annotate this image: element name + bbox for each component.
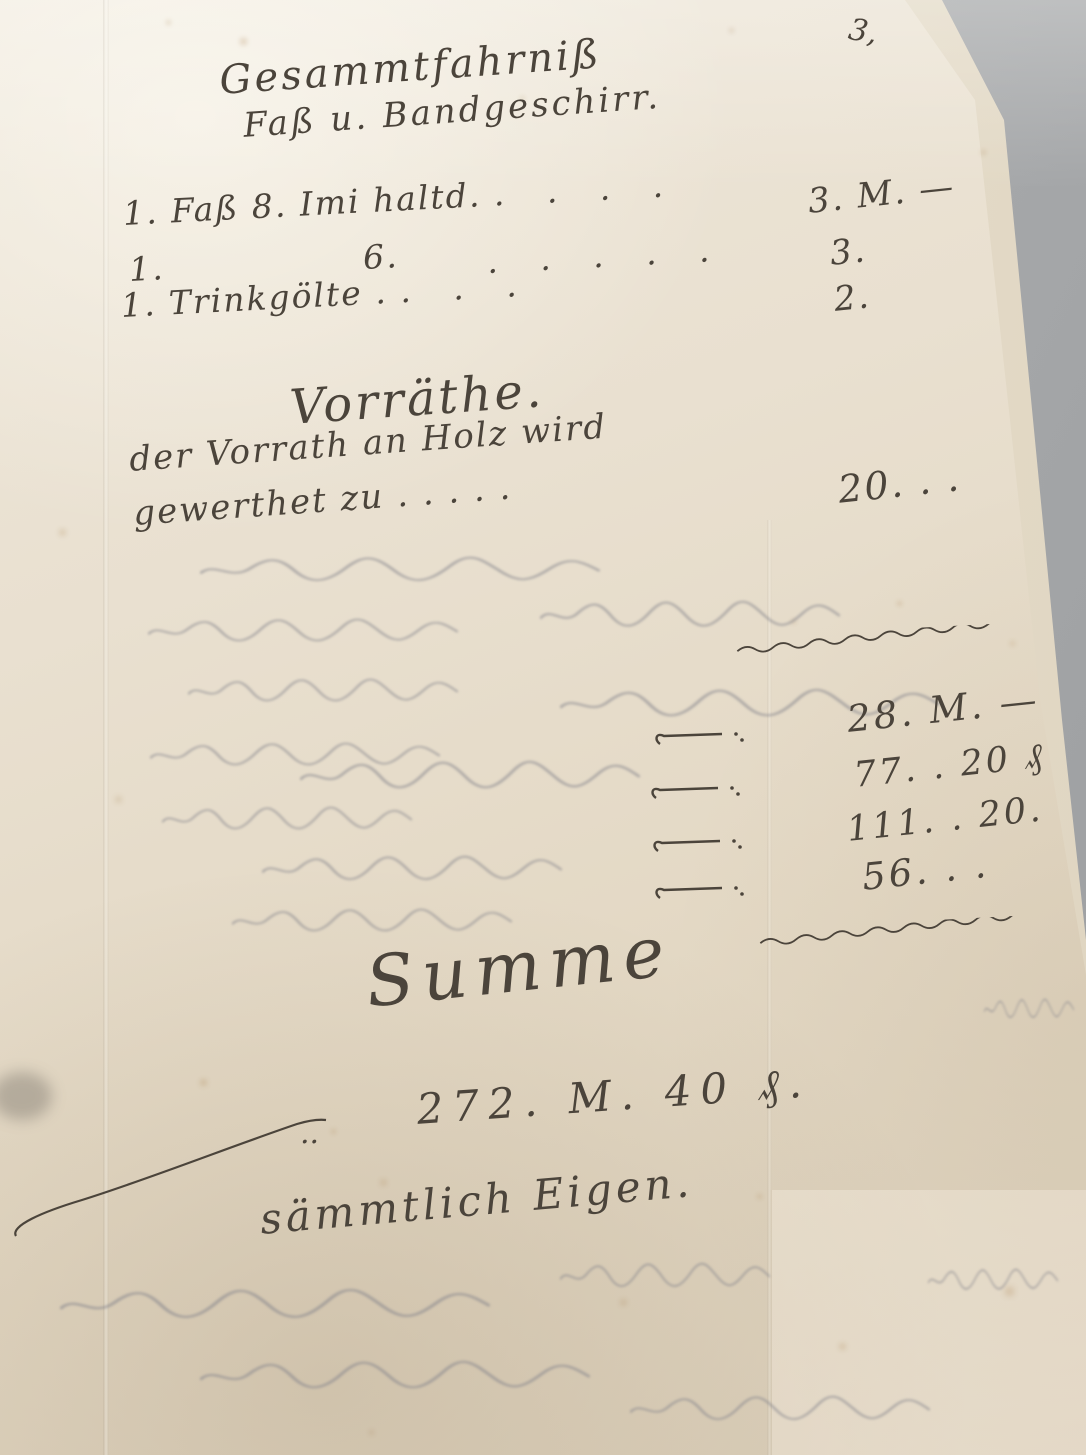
total-value: 77. . 20 ₰: [852, 736, 1047, 796]
dash-marker: [652, 728, 747, 754]
item-row: 1. Trinkgölte . . . .: [120, 264, 533, 325]
showthrough-writing: [60, 1288, 490, 1324]
total-value: 56. . .: [860, 843, 991, 899]
dash-marker: [648, 782, 743, 808]
item-number: 1.: [128, 248, 165, 289]
item-value: 2.: [832, 276, 872, 320]
dot-leader: . . .: [399, 264, 533, 310]
foxing-spots: [0, 0, 1, 1]
showthrough-writing: [188, 678, 458, 706]
dot-leader: . . . .: [493, 165, 680, 214]
wavy-rule-bottom: [758, 915, 1039, 952]
showthrough-writing: [262, 855, 562, 885]
total-value: 111. . 20.: [845, 789, 1045, 849]
showthrough-writing: [540, 600, 840, 632]
showthrough-writing: [148, 618, 458, 646]
showthrough-writing: [560, 1262, 770, 1292]
item-value: 3.: [828, 230, 868, 274]
section-value: 20. . .: [836, 455, 963, 512]
showthrough-writing: [300, 760, 640, 794]
showthrough-writing: [630, 1395, 930, 1425]
dash-marker: [650, 835, 745, 861]
showthrough-writing: [928, 1268, 1058, 1294]
photographed-manuscript-page: 3, Gesammtfahrniß Faß u. Bandgeschirr. 1…: [0, 0, 1086, 1455]
showthrough-writing: [200, 1360, 590, 1394]
showthrough-writing: [200, 556, 600, 586]
showthrough-writing: [162, 806, 412, 834]
summe-value: 272. M. 40 ₰.: [415, 1057, 812, 1134]
lead-dots: ..: [300, 1116, 319, 1151]
page-number: 3,: [846, 12, 880, 51]
section-body-line-2: gewerthet zu . . . . .: [132, 468, 513, 534]
showthrough-writing: [984, 998, 1074, 1022]
dash-marker: [652, 882, 747, 908]
